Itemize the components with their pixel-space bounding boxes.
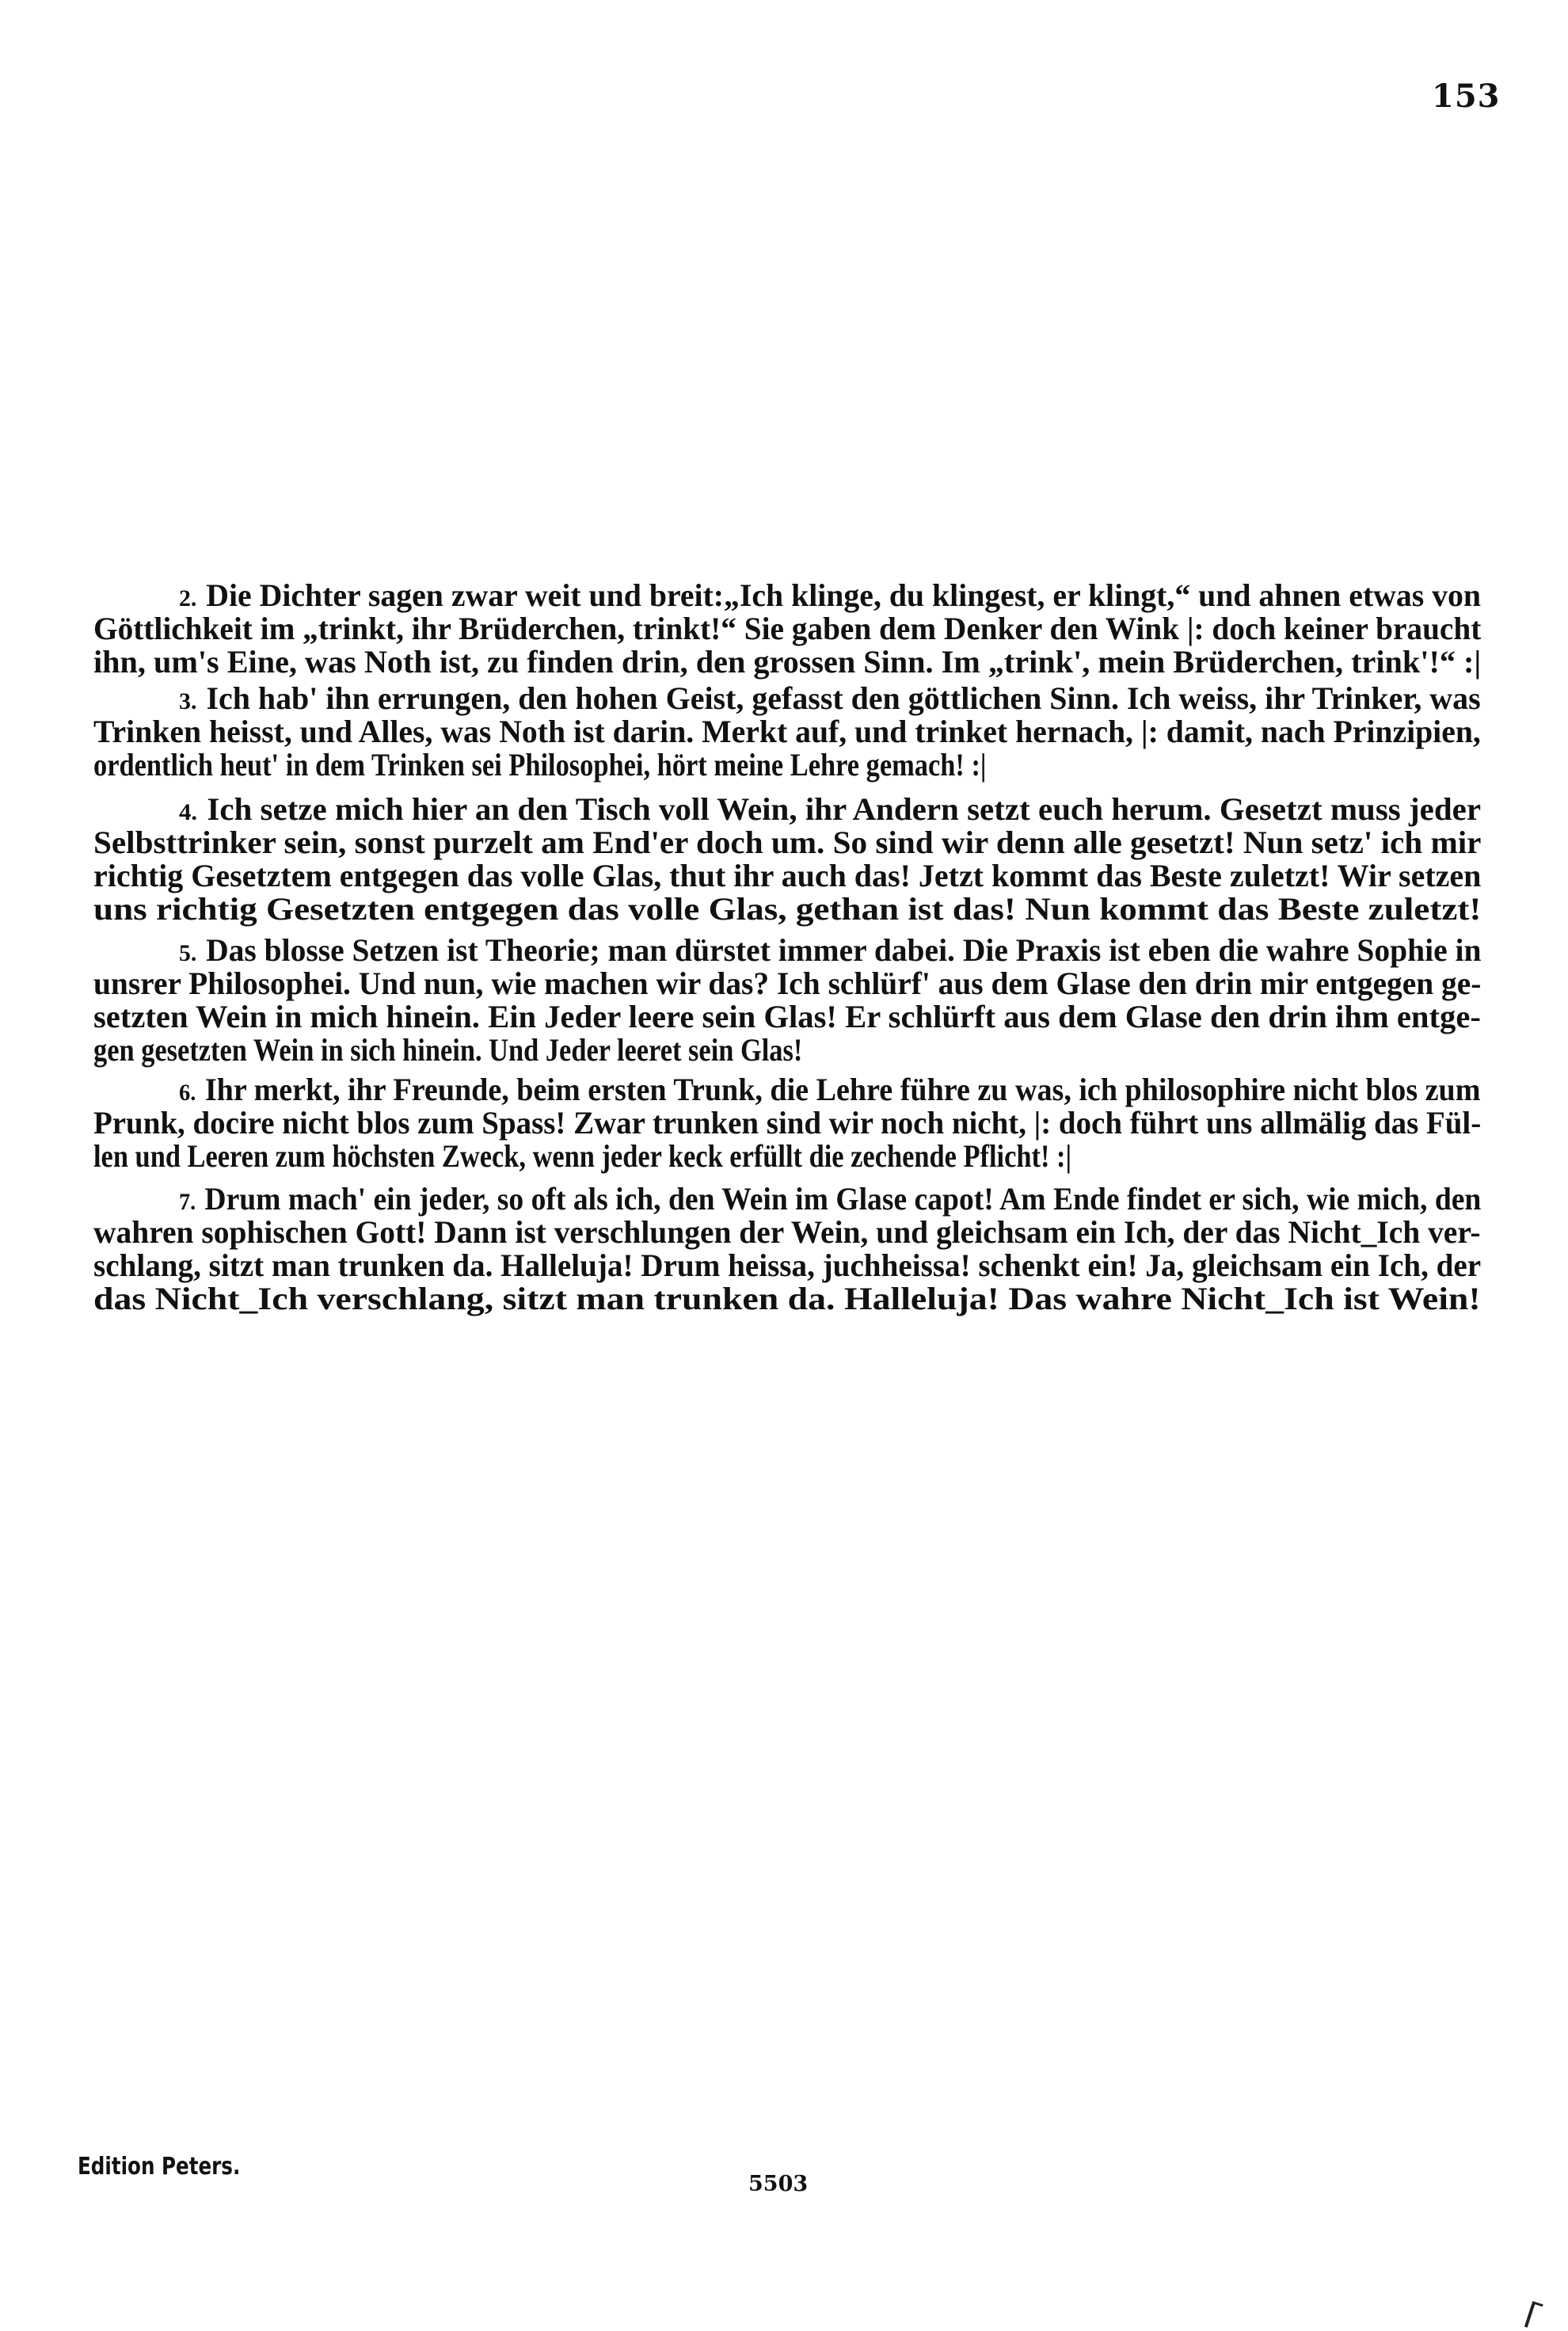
verse-text: Die Dichter sagen zwar weit und breit:„I…	[206, 577, 1481, 613]
verse-2-line-3: ihn, um's Eine, was Noth ist, zu finden …	[93, 645, 1481, 680]
plate-number: 5503	[748, 2172, 808, 2196]
verse-number: 2.	[179, 585, 196, 611]
verse-text: Ich hab' ihn errungen, den hohen Geist, …	[206, 680, 1480, 716]
verse-6-line-2: Prunk, docire nicht blos zum Spass! Zwar…	[93, 1106, 1481, 1141]
verse-4-line-3: richtig Gesetztem entgegen das volle Gla…	[93, 859, 1481, 893]
verse-number: 6.	[179, 1080, 196, 1106]
verse-number: 4.	[179, 799, 197, 825]
scan-mark	[1524, 2301, 1536, 2328]
verse-number: 3.	[179, 688, 196, 714]
verse-text: Ihr merkt, ihr Freunde, beim ersten Trun…	[205, 1072, 1481, 1107]
verse-3-line-3: ordentlich heut' in dem Trinken sei Phil…	[93, 748, 986, 783]
verse-6-line-3: len und Leeren zum höchsten Zweck, wenn …	[93, 1139, 1071, 1174]
publisher-imprint: Edition Peters.	[78, 2153, 240, 2181]
verse-3-line-2: Trinken heisst, und Alles, was Noth ist …	[93, 714, 1481, 749]
verse-2-line-2: Göttlichkeit im „trinkt, ihr Brüderchen,…	[93, 611, 1481, 646]
verse-number: 7.	[179, 1189, 196, 1215]
verse-text: Das blosse Setzen ist Theorie; man dürst…	[206, 932, 1481, 968]
verse-5-line-3: setzten Wein in mich hinein. Ein Jeder l…	[93, 1000, 1481, 1034]
verse-text: Drum mach' ein jeder, so oft als ich, de…	[204, 1181, 1481, 1217]
verse-text: Ich setze mich hier an den Tisch voll We…	[207, 791, 1481, 827]
page-number: 153	[1432, 78, 1501, 115]
verse-number: 5.	[179, 940, 196, 966]
verse-4-line-4: uns richtig Gesetzten entgegen das volle…	[93, 892, 1481, 927]
verse-7-line-4: das Nicht_Ich verschlang, sitzt man trun…	[93, 1282, 1481, 1316]
verse-5-line-4: gen gesetzten Wein in sich hinein. Und J…	[93, 1033, 802, 1068]
verse-7-line-3: schlang, sitzt man trunken da. Halleluja…	[93, 1248, 1481, 1283]
verse-5-line-2: unsrer Philosophei. Und nun, wie machen …	[93, 966, 1481, 1001]
verse-7-line-2: wahren sophischen Gott! Dann ist verschl…	[93, 1215, 1481, 1250]
verse-4-line-2: Selbsttrinker sein, sonst purzelt am End…	[93, 825, 1481, 860]
